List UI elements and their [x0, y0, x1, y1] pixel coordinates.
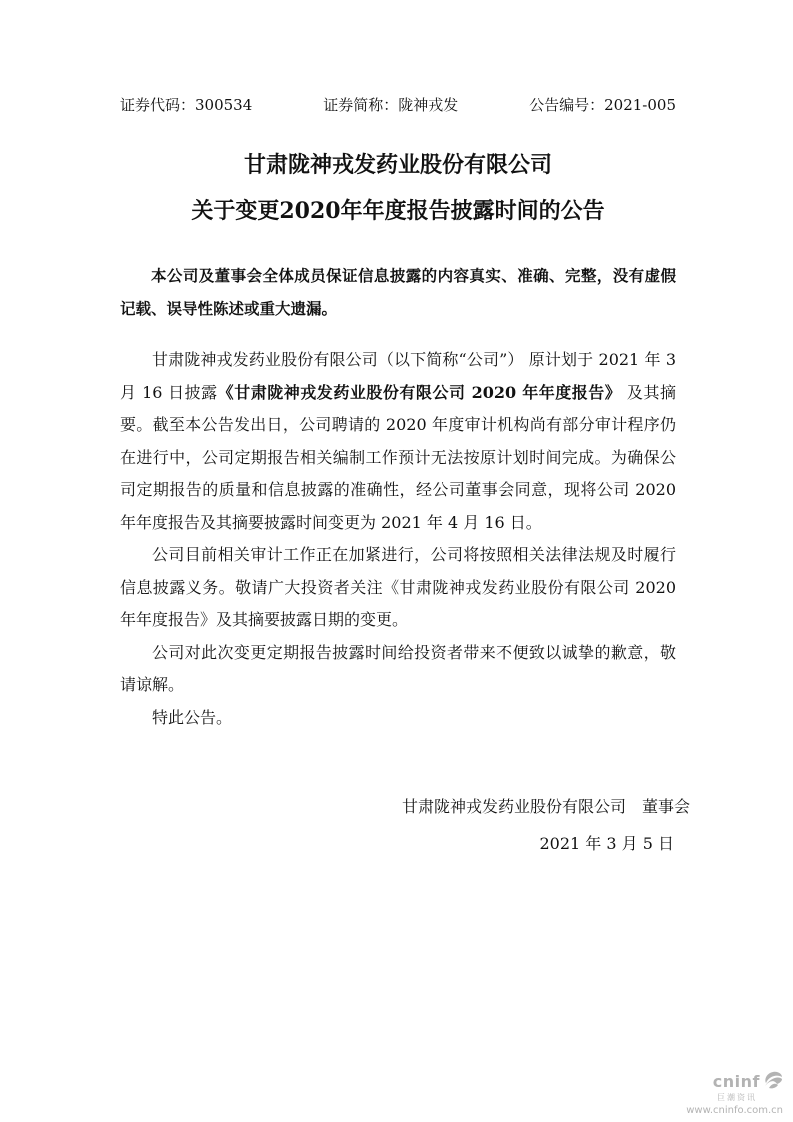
stock-short-name: 证券简称：陇神戎发 — [323, 95, 458, 116]
title-line-company: 甘肃陇神戎发药业股份有限公司 — [120, 142, 676, 188]
disclosure-statement: 本公司及董事会全体成员保证信息披露的内容真实、准确、完整，没有虚假记载、误导性陈… — [120, 260, 676, 326]
cninfo-logo-text: cninf — [713, 1073, 760, 1091]
cninfo-chinese-name: 巨潮资讯 — [686, 1094, 757, 1103]
cninfo-globe-icon — [763, 1070, 783, 1094]
announcement-number: 公告编号：2021-005 — [529, 95, 676, 116]
paragraph-4: 特此公告。 — [120, 702, 676, 735]
title-line-subject: 关于变更2020年年度报告披露时间的公告 — [120, 188, 676, 234]
signature-company: 甘肃陇神戎发药业股份有限公司 董事会 — [120, 790, 690, 824]
paragraph-1: 甘肃陇神戎发药业股份有限公司（以下简称“公司”） 原计划于 2021 年 3 月… — [120, 344, 676, 539]
announcement-page: 证券代码：300534 证券简称：陇神戎发 公告编号：2021-005 甘肃陇神… — [0, 0, 793, 1122]
cninfo-url: www.cninfo.com.cn — [686, 1105, 783, 1116]
paragraph-3: 公司对此次变更定期报告披露时间给投资者带来不便致以诚挚的歉意，敬请谅解。 — [120, 637, 676, 702]
stock-code: 证券代码：300534 — [120, 95, 252, 116]
cninfo-watermark: cninf 巨潮资讯 www.cninfo.com.cn — [686, 1070, 783, 1116]
document-header: 证券代码：300534 证券简称：陇神戎发 公告编号：2021-005 — [120, 95, 676, 116]
announcement-body: 甘肃陇神戎发药业股份有限公司（以下简称“公司”） 原计划于 2021 年 3 月… — [120, 344, 676, 734]
signature-date: 2021 年 3 月 5 日 — [120, 824, 674, 864]
paragraph-2: 公司目前相关审计工作正在加紧进行，公司将按照相关法律法规及时履行信息披露义务。敬… — [120, 539, 676, 637]
cninfo-logo-row: cninf — [686, 1070, 783, 1094]
document-title: 甘肃陇神戎发药业股份有限公司 关于变更2020年年度报告披露时间的公告 — [120, 142, 676, 234]
signature-block: 甘肃陇神戎发药业股份有限公司 董事会 2021 年 3 月 5 日 — [120, 790, 676, 864]
paragraph-1-report-title: 《甘肃陇神戎发药业股份有限公司 2020 年年度报告》 — [218, 383, 622, 402]
paragraph-1-post: 及其摘要。截至本公告发出日，公司聘请的 2020 年度审计机构尚有部分审计程序仍… — [120, 383, 676, 532]
